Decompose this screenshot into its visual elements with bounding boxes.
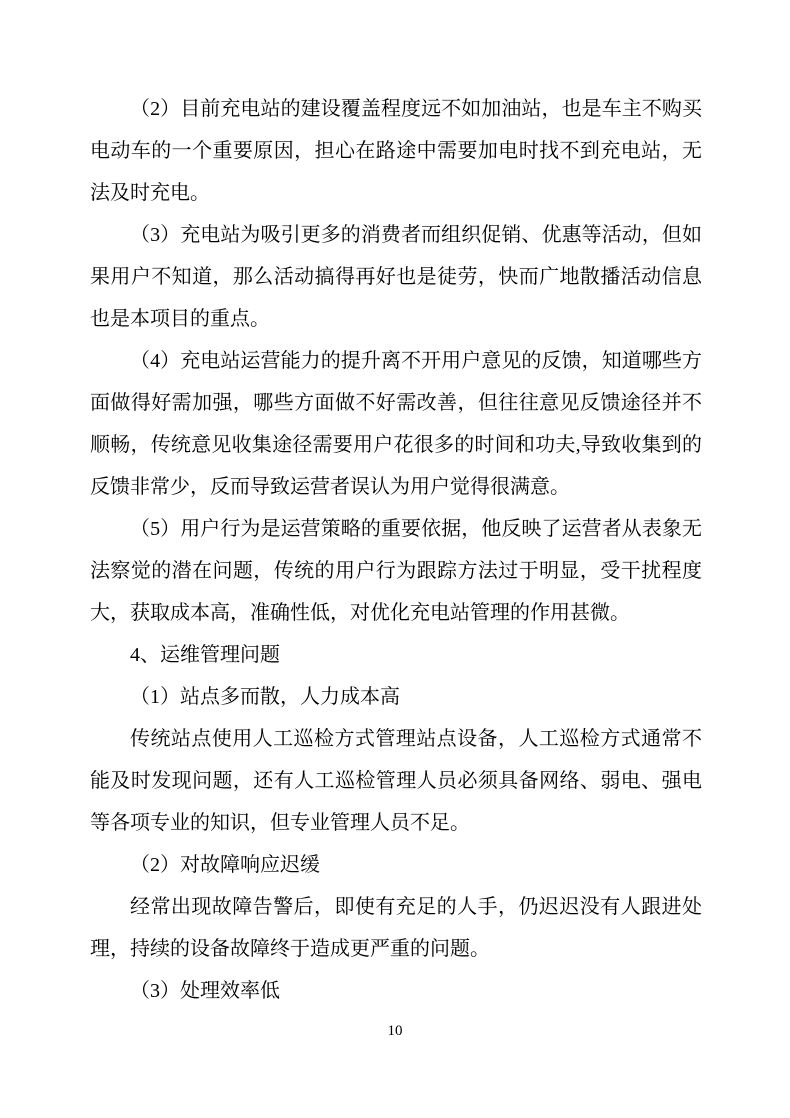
heading-scattered-sites: （1）站点多而散，人力成本高 bbox=[90, 676, 702, 718]
paragraph-manual-inspection: 传统站点使用人工巡检方式管理站点设备，人工巡检方式通常不能及时发现问题，还有人工… bbox=[90, 718, 702, 844]
page-footer: 10 bbox=[0, 1022, 790, 1040]
paragraph-user-feedback: （4）充电站运营能力的提升离不开用户意见的反馈，知道哪些方面做得好需加强，哪些方… bbox=[90, 340, 702, 508]
paragraph-user-behavior: （5）用户行为是运营策略的重要依据，他反映了运营者从表象无法察觉的潜在问题，传统… bbox=[90, 508, 702, 634]
paragraph-fault-alarms: 经常出现故障告警后，即使有充足的人手，仍迟迟没有人跟进处理，持续的设备故障终于造… bbox=[90, 886, 702, 970]
document-page: （2）目前充电站的建设覆盖程度远不如加油站，也是车主不购买电动车的一个重要原因，… bbox=[0, 0, 790, 1118]
paragraph-charging-coverage: （2）目前充电站的建设覆盖程度远不如加油站，也是车主不购买电动车的一个重要原因，… bbox=[90, 88, 702, 214]
heading-slow-fault-response: （2）对故障响应迟缓 bbox=[90, 844, 702, 886]
heading-low-processing-efficiency: （3）处理效率低 bbox=[90, 970, 702, 1012]
heading-ops-management-problems: 4、运维管理问题 bbox=[90, 634, 702, 676]
document-body: （2）目前充电站的建设覆盖程度远不如加油站，也是车主不购买电动车的一个重要原因，… bbox=[90, 88, 702, 1012]
page-number: 10 bbox=[388, 1023, 403, 1039]
paragraph-promotion-activities: （3）充电站为吸引更多的消费者而组织促销、优惠等活动，但如果用户不知道，那么活动… bbox=[90, 214, 702, 340]
